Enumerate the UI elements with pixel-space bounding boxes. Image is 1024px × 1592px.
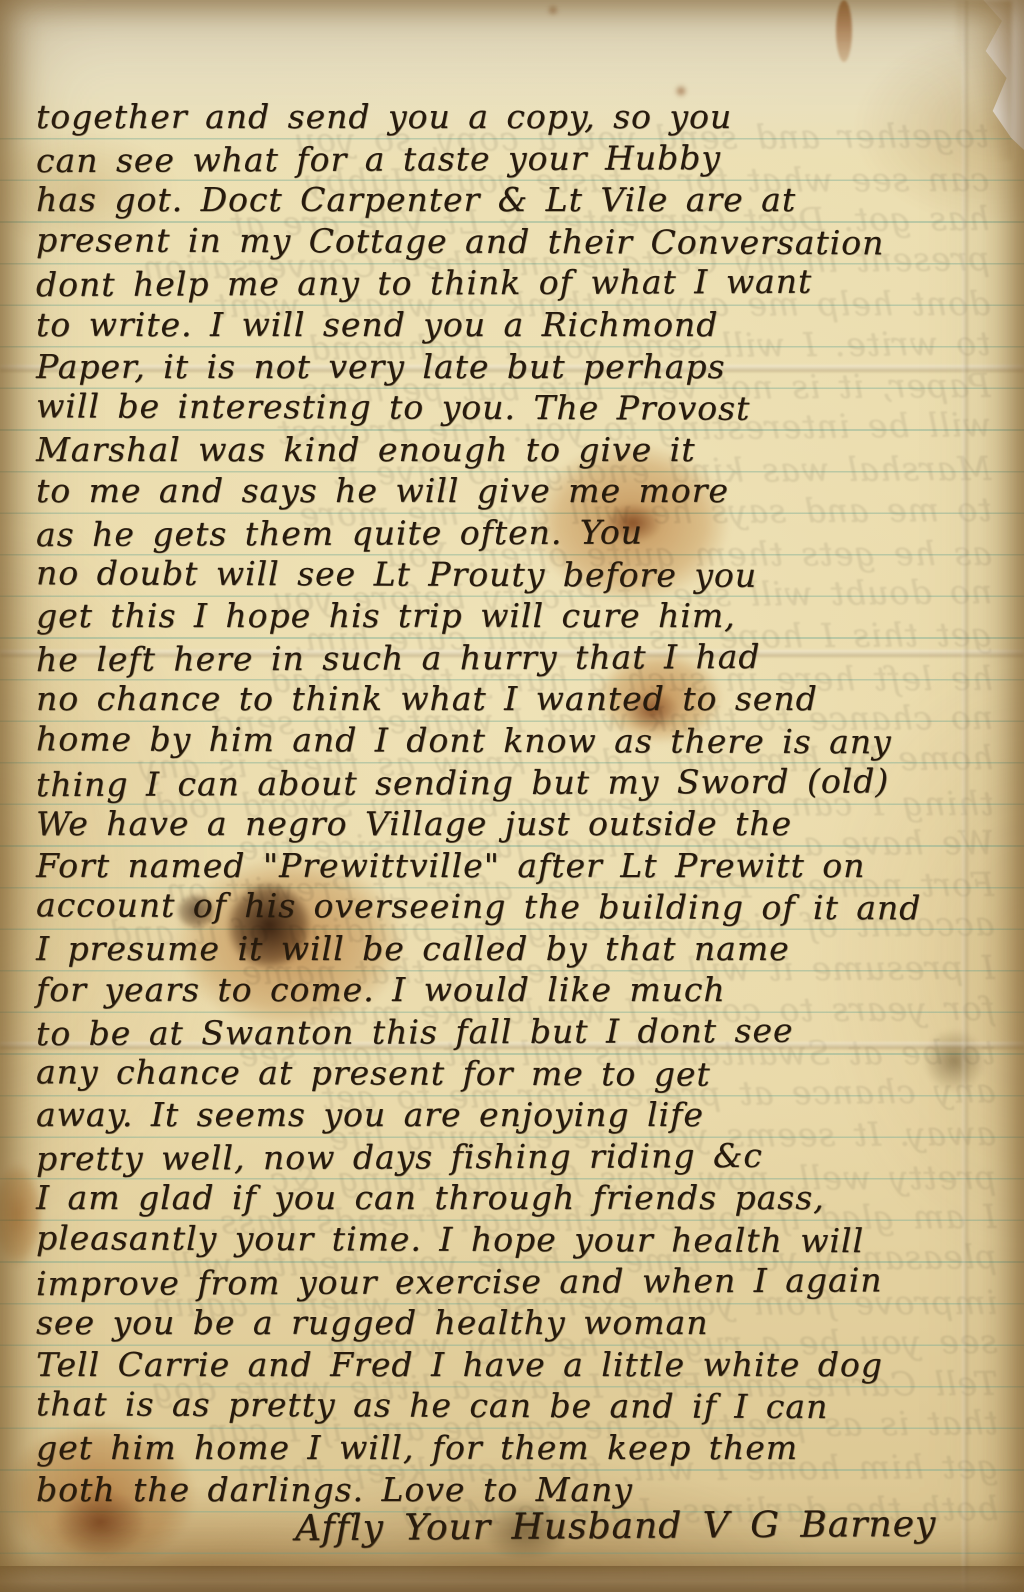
- letter-line: get him home I will, for them keep them: [36, 1427, 1006, 1469]
- letter-line: to write. I will send you a Richmond: [36, 304, 1006, 346]
- letter-line: that is as pretty as he can be and if I …: [36, 1384, 1006, 1429]
- letter-line: get this I hope his trip will cure him,: [36, 595, 1006, 637]
- letter-line: I presume it will be called by that name: [36, 928, 1006, 970]
- letter-line: has got. Doct Carpenter & Lt Vile are at: [36, 179, 1006, 221]
- letter-line: improve from your exercise and when I ag…: [36, 1259, 1006, 1305]
- letter-line: pleasantly your time. I hope your health…: [36, 1217, 1006, 1262]
- letter-line: he left here in such a hurry that I had: [36, 635, 1006, 681]
- letter-line: Marshal was kind enough to give it: [36, 429, 1006, 471]
- letter-line: will be interesting to you. The Provost: [36, 385, 1006, 430]
- letter-line: no chance to think what I wanted to send: [36, 678, 1006, 720]
- letter-line: Paper, it is not very late but perhaps: [36, 346, 1006, 388]
- letter-line: can see what for a taste your Hubby: [36, 135, 1006, 181]
- letter-line: thing I can about sending but my Sword (…: [36, 759, 1006, 805]
- letter-line: for years to come. I would like much: [36, 969, 1006, 1011]
- signature: Affly Your Husband V G Barney: [295, 1504, 937, 1549]
- letter-line: present in my Cottage and their Conversa…: [36, 219, 1006, 264]
- letter-line: together and send you a copy, so you: [36, 96, 1006, 138]
- letter-page: together and send you a copy, so youcan …: [0, 0, 1024, 1592]
- letter-line: pretty well, now days fishing riding &c: [36, 1134, 1006, 1180]
- letter-line: We have a negro Village just outside the: [36, 803, 1006, 845]
- letter-line: home by him and I dont know as there is …: [36, 718, 1006, 763]
- letter-line: to me and says he will give me more: [36, 470, 1006, 512]
- letter-line: Fort named "Prewittville" after Lt Prewi…: [36, 845, 1006, 887]
- letter-line: dont help me any to think of what I want: [36, 260, 1006, 306]
- letter-line: as he gets them quite often. You: [36, 510, 1006, 556]
- letter-line: see you be a rugged healthy woman: [36, 1302, 1006, 1344]
- letter-line: any chance at present for me to get: [36, 1051, 1006, 1096]
- letter-line: account of his overseeing the building o…: [36, 885, 1006, 930]
- letter-body: together and send you a copy, so youcan …: [36, 96, 1006, 1510]
- letter-line: away. It seems you are enjoying life: [36, 1094, 1006, 1136]
- letter-line: I am glad if you can through friends pas…: [36, 1177, 1006, 1219]
- letter-line: to be at Swanton this fall but I dont se…: [36, 1009, 1006, 1055]
- letter-line: no doubt will see Lt Prouty before you: [36, 552, 1006, 597]
- letter-line: Tell Carrie and Fred I have a little whi…: [36, 1344, 1006, 1386]
